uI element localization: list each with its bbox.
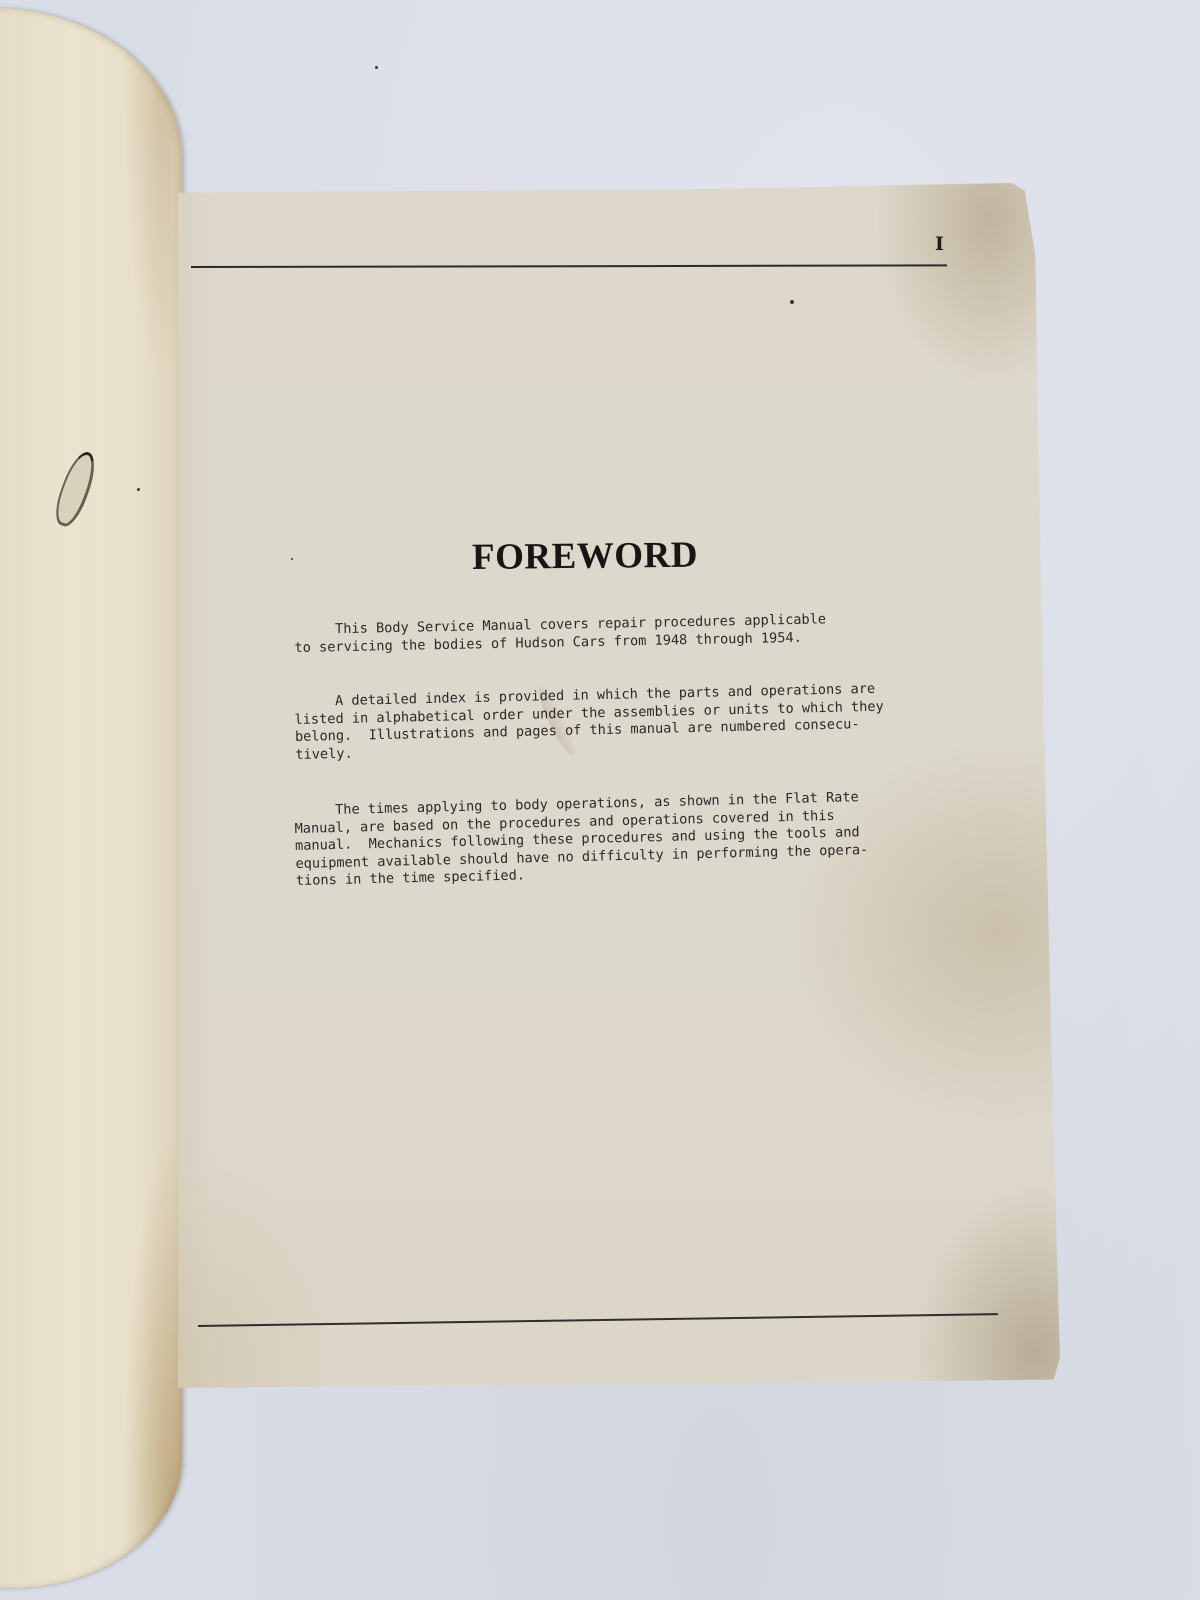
dust-speck bbox=[291, 558, 293, 560]
page-number: I bbox=[935, 233, 944, 255]
dust-speck bbox=[137, 488, 140, 491]
ink-smudge-mark bbox=[49, 448, 101, 531]
foreword-paragraph-2: A detailed index is provided in which th… bbox=[294, 681, 885, 764]
foreword-paragraph-3: The times applying to body operations, a… bbox=[294, 789, 886, 891]
dust-speck bbox=[790, 300, 794, 304]
left-facing-page bbox=[0, 8, 182, 1588]
page-title: FOREWORD bbox=[472, 534, 698, 579]
manual-page bbox=[178, 183, 1060, 1388]
dust-speck bbox=[375, 66, 378, 69]
